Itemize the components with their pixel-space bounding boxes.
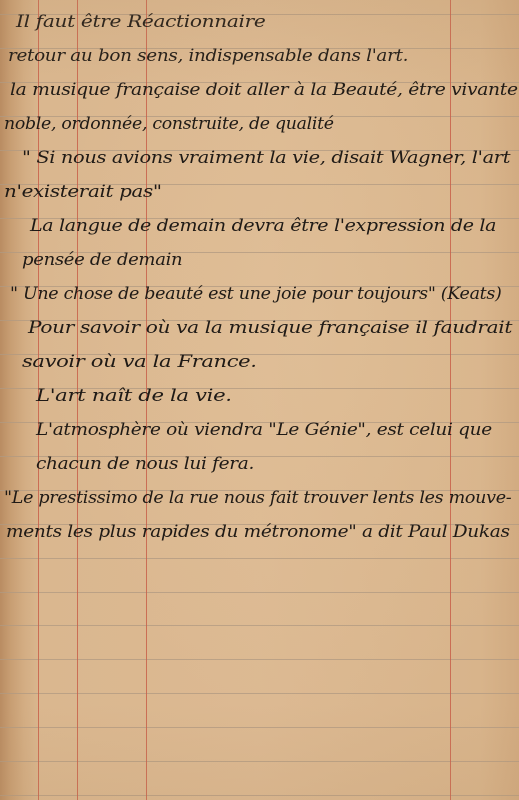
text-line-3: la musique française doit aller à la Bea…	[10, 80, 518, 100]
text-line-11: savoir où va la France.	[22, 352, 257, 372]
notebook-page: Il faut être Réactionnaire retour au bon…	[0, 0, 519, 800]
text-line-4: noble, ordonnée, construite, de qualité	[4, 114, 334, 134]
text-line-8: pensée de demain	[22, 250, 182, 270]
text-line-2: retour au bon sens, indispensable dans l…	[8, 46, 408, 66]
text-line-16: ments les plus rapides du métronome" a d…	[6, 522, 510, 542]
text-line-5: " Si nous avions vraiment la vie, disait…	[22, 148, 510, 168]
text-line-10: Pour savoir où va la musique française i…	[28, 318, 512, 338]
margin-line	[450, 0, 451, 800]
text-line-7: La langue de demain devra être l'express…	[30, 216, 496, 236]
text-line-9: " Une chose de beauté est une joie pour …	[10, 284, 502, 304]
text-line-12: L'art naît de la vie.	[36, 386, 232, 406]
text-line-6: n'existerait pas"	[4, 182, 162, 202]
text-line-14: chacun de nous lui fera.	[36, 454, 254, 474]
text-line-15: "Le prestissimo de la rue nous fait trou…	[4, 488, 511, 508]
text-line-1: Il faut être Réactionnaire	[16, 12, 265, 32]
text-line-13: L'atmosphère où viendra "Le Génie", est …	[36, 420, 492, 440]
